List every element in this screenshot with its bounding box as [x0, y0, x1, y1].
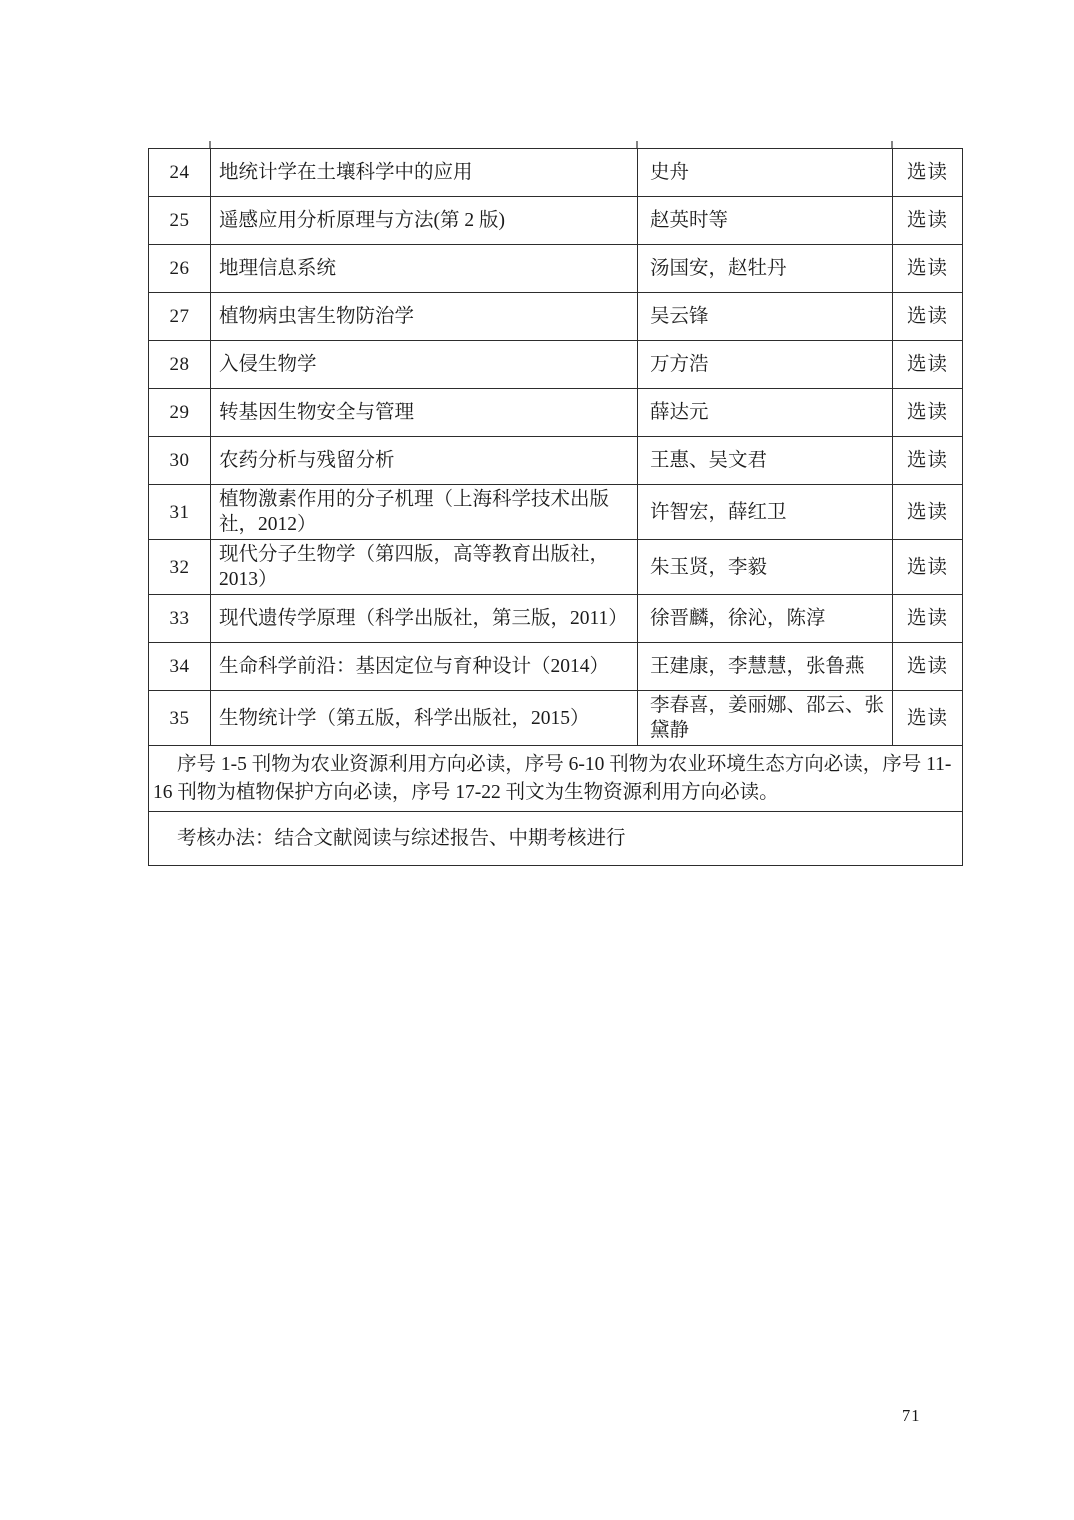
table-row: 28 入侵生物学 万方浩 选读 — [149, 341, 963, 389]
book-authors: 薛达元 — [638, 389, 893, 437]
book-authors: 汤国安，赵牡丹 — [638, 245, 893, 293]
table-row: 24 地统计学在土壤科学中的应用 史舟 选读 — [149, 149, 963, 197]
reading-status: 选读 — [893, 643, 963, 691]
reading-status: 选读 — [893, 341, 963, 389]
reading-status: 选读 — [893, 197, 963, 245]
row-number: 33 — [149, 595, 211, 643]
book-authors: 史舟 — [638, 149, 893, 197]
book-authors: 吴云锋 — [638, 293, 893, 341]
row-number: 28 — [149, 341, 211, 389]
row-number: 29 — [149, 389, 211, 437]
reading-status: 选读 — [893, 389, 963, 437]
book-title: 植物激素作用的分子机理（上海科学技术出版社，2012） — [211, 485, 638, 540]
book-authors: 徐晋麟，徐沁，陈淳 — [638, 595, 893, 643]
reading-status: 选读 — [893, 437, 963, 485]
note-required-reading: 序号 1-5 刊物为农业资源利用方向必读，序号 6-10 刊物为农业环境生态方向… — [149, 746, 963, 812]
table-note-row: 考核办法：结合文献阅读与综述报告、中期考核进行 — [149, 812, 963, 866]
document-page: { "page": { "number": "71" }, "table": {… — [0, 0, 1074, 1520]
table-row: 26 地理信息系统 汤国安，赵牡丹 选读 — [149, 245, 963, 293]
book-title: 生物统计学（第五版，科学出版社，2015） — [211, 691, 638, 746]
row-number: 32 — [149, 540, 211, 595]
reading-list-table: 24 地统计学在土壤科学中的应用 史舟 选读 25 遥感应用分析原理与方法(第 … — [148, 148, 963, 866]
table-row: 33 现代遗传学原理（科学出版社，第三版，2011） 徐晋麟，徐沁，陈淳 选读 — [149, 595, 963, 643]
reading-status: 选读 — [893, 293, 963, 341]
book-title: 现代遗传学原理（科学出版社，第三版，2011） — [211, 595, 638, 643]
table-row: 31 植物激素作用的分子机理（上海科学技术出版社，2012） 许智宏，薛红卫 选… — [149, 485, 963, 540]
reading-status: 选读 — [893, 149, 963, 197]
reading-status: 选读 — [893, 595, 963, 643]
table-row: 35 生物统计学（第五版，科学出版社，2015） 李春喜，姜丽娜、邵云、张黛静 … — [149, 691, 963, 746]
book-authors: 万方浩 — [638, 341, 893, 389]
reading-status: 选读 — [893, 691, 963, 746]
row-number: 24 — [149, 149, 211, 197]
note-assessment-method: 考核办法：结合文献阅读与综述报告、中期考核进行 — [149, 812, 963, 866]
book-authors: 许智宏，薛红卫 — [638, 485, 893, 540]
row-number: 30 — [149, 437, 211, 485]
book-title: 地理信息系统 — [211, 245, 638, 293]
row-number: 26 — [149, 245, 211, 293]
book-authors: 王惠、吴文君 — [638, 437, 893, 485]
book-title: 遥感应用分析原理与方法(第 2 版) — [211, 197, 638, 245]
book-title: 转基因生物安全与管理 — [211, 389, 638, 437]
row-number: 34 — [149, 643, 211, 691]
page: 24 地统计学在土壤科学中的应用 史舟 选读 25 遥感应用分析原理与方法(第 … — [0, 0, 1074, 1520]
book-title: 生命科学前沿：基因定位与育种设计（2014） — [211, 643, 638, 691]
note-required-reading-text: 序号 1-5 刊物为农业资源利用方向必读，序号 6-10 刊物为农业环境生态方向… — [153, 751, 956, 807]
book-authors: 王建康，李慧慧，张鲁燕 — [638, 643, 893, 691]
table-note-row: 序号 1-5 刊物为农业资源利用方向必读，序号 6-10 刊物为农业环境生态方向… — [149, 746, 963, 812]
note-assessment-method-text: 考核办法：结合文献阅读与综述报告、中期考核进行 — [153, 826, 956, 852]
table-row: 30 农药分析与残留分析 王惠、吴文君 选读 — [149, 437, 963, 485]
reading-status: 选读 — [893, 485, 963, 540]
book-title: 地统计学在土壤科学中的应用 — [211, 149, 638, 197]
row-number: 27 — [149, 293, 211, 341]
row-number: 31 — [149, 485, 211, 540]
book-authors: 朱玉贤，李毅 — [638, 540, 893, 595]
row-number: 35 — [149, 691, 211, 746]
book-title: 农药分析与残留分析 — [211, 437, 638, 485]
reading-status: 选读 — [893, 245, 963, 293]
book-title: 植物病虫害生物防治学 — [211, 293, 638, 341]
book-title: 入侵生物学 — [211, 341, 638, 389]
book-authors: 赵英时等 — [638, 197, 893, 245]
row-number: 25 — [149, 197, 211, 245]
table-row: 34 生命科学前沿：基因定位与育种设计（2014） 王建康，李慧慧，张鲁燕 选读 — [149, 643, 963, 691]
table-row: 32 现代分子生物学（第四版，高等教育出版社，2013） 朱玉贤，李毅 选读 — [149, 540, 963, 595]
book-title: 现代分子生物学（第四版，高等教育出版社，2013） — [211, 540, 638, 595]
table-row: 25 遥感应用分析原理与方法(第 2 版) 赵英时等 选读 — [149, 197, 963, 245]
page-number: 71 — [902, 1406, 921, 1426]
reading-status: 选读 — [893, 540, 963, 595]
table-row: 27 植物病虫害生物防治学 吴云锋 选读 — [149, 293, 963, 341]
table-row: 29 转基因生物安全与管理 薛达元 选读 — [149, 389, 963, 437]
book-authors: 李春喜，姜丽娜、邵云、张黛静 — [638, 691, 893, 746]
